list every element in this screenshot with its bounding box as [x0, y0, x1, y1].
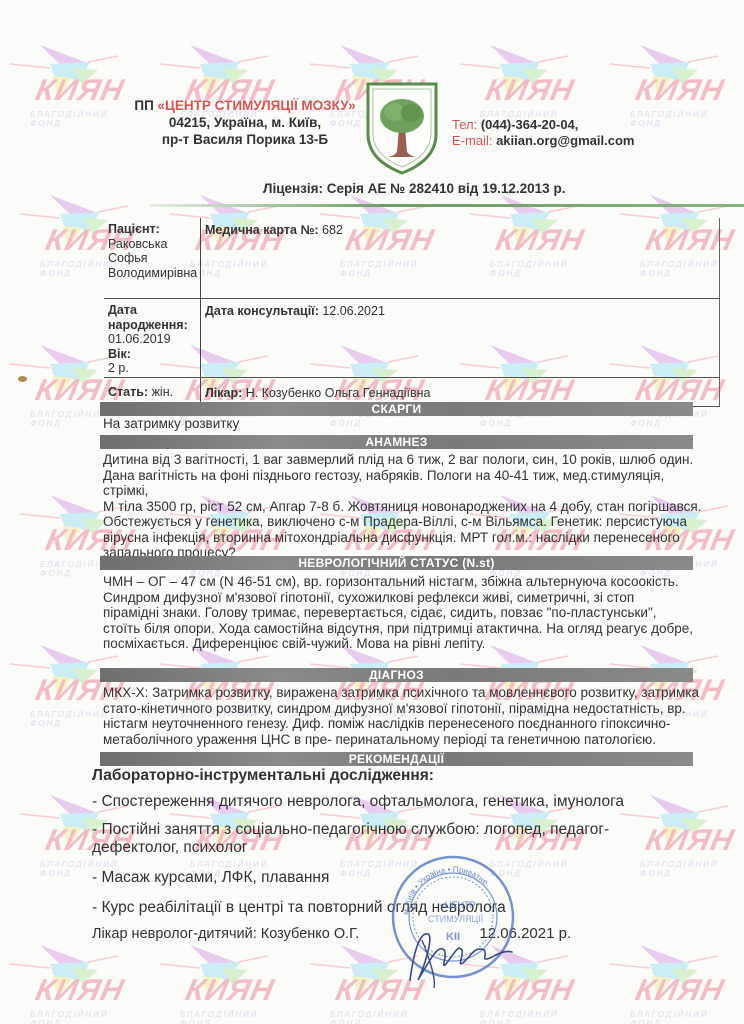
watermark-subtitle: БЛАГОДІЙНИЙ ФОНД — [30, 110, 120, 128]
diagnosis-text: МКХ-Х: Затримка розвитку, виражена затри… — [103, 685, 703, 747]
diagnosis-line: ністагм неуточненного генезу. Диф. поміж… — [103, 716, 703, 732]
watermark-subtitle: БЛАГОДІЙНИЙ ФОНД — [630, 1010, 720, 1024]
org-name: «ЦЕНТР СТИМУЛЯЦІЇ МОЗКУ» — [158, 98, 356, 113]
doctor-signature-role: Лікар невролог-дитячий: Козубенко О.Г. — [92, 926, 359, 942]
doctor-value: Н. Козубенко Ольга Геннадіївна — [246, 386, 431, 400]
anamnesis-line: Обстежується у генетика, виключено с-м П… — [103, 514, 703, 530]
medical-card-cell: Медична карта №: 682 — [201, 218, 720, 298]
tree-shield-logo-icon — [364, 80, 440, 176]
watermark-kyian-logo: КИЯНБЛАГОДІЙНИЙ ФОНД — [0, 40, 120, 130]
bird-icon — [10, 940, 120, 1002]
watermark-subtitle: БЛАГОДІЙНИЙ ФОНД — [480, 1010, 570, 1024]
age-label: Вік: — [108, 347, 131, 361]
neuro-line: посміхається. Диференціює свій-чужий. Мо… — [103, 636, 703, 652]
watermark-subtitle: БЛАГОДІЙНИЙ ФОНД — [330, 1010, 420, 1024]
anamnesis-line: Дитина від 3 вагітності, 1 ваг завмерлий… — [103, 452, 703, 468]
header-divider — [150, 204, 744, 207]
anamnesis-text: Дитина від 3 вагітності, 1 ваг завмерлий… — [103, 452, 703, 561]
recommendation-item: - Спостереження дитячого невролога, офта… — [92, 793, 712, 811]
diagnosis-line: МКХ-Х: Затримка розвитку, виражена затри… — [103, 685, 703, 701]
contacts-block: Тел: (044)-364-20-04, E-mail: akiian.org… — [452, 117, 634, 149]
neuro-line: пірамідні знаки. Голову тримає, переверт… — [103, 605, 703, 621]
bird-icon — [160, 40, 270, 102]
watermark-brand: КИЯН — [32, 974, 127, 1008]
anamnesis-line: вірусна інфекція, вторинна мітохондріаль… — [103, 530, 703, 546]
bird-icon — [160, 940, 270, 1002]
patient-info-table: Пацієнт: Раковська Софья Володимирівна М… — [104, 218, 720, 407]
medical-card-number: 682 — [322, 223, 343, 237]
neuro-line: Синдром дифузної м'язової гіпотонії, сух… — [103, 590, 703, 606]
watermark-subtitle: БЛАГОДІЙНИЙ ФОНД — [30, 1010, 120, 1024]
diagnosis-line: стато-кінетичного розвитку, синдром дифу… — [103, 701, 703, 717]
recommendation-item: - Постійні заняття з соціально-педагогіч… — [92, 821, 712, 839]
address-line-1: 04215, Україна, м. Київ, — [130, 114, 360, 131]
svg-text:«ЦЕНТР: «ЦЕНТР — [440, 900, 476, 910]
watermark-kyian-logo: КИЯНБЛАГОДІЙНИЙ ФОНД — [590, 940, 720, 1024]
doctor-signature-icon — [400, 920, 520, 990]
dob-cell: Дата народження: 01.06.2019 Вік: 2 р. — [104, 299, 201, 377]
phone-number: (044)-364-20-04, — [481, 117, 579, 132]
section-header-diagnosis: ДІАГНОЗ — [100, 668, 693, 682]
age-value: 2 р. — [108, 361, 129, 375]
consult-date-label: Дата консультації: — [205, 304, 319, 318]
email-label: E-mail: — [452, 133, 496, 148]
sex-value: жін. — [152, 385, 174, 399]
watermark-brand: КИЯН — [182, 974, 277, 1008]
section-header-recommendations: РЕКОМЕНДАЦІЇ — [100, 752, 693, 766]
patient-row: Пацієнт: Раковська Софья Володимирівна М… — [104, 218, 720, 299]
bird-icon — [10, 40, 120, 102]
phone-label: Тел: — [452, 117, 481, 132]
watermark-brand: КИЯН — [632, 74, 727, 108]
section-header-complaints: СКАРГИ — [100, 402, 693, 416]
watermark-kyian-logo: КИЯНБЛАГОДІЙНИЙ ФОНД — [0, 640, 120, 730]
consult-date-value: 12.06.2021 — [322, 304, 385, 318]
address-line-2: пр-т Василя Порика 13-Б — [130, 131, 360, 148]
watermark-kyian-logo: КИЯНБЛАГОДІЙНИЙ ФОНД — [0, 940, 120, 1024]
diagnosis-line: метаболічного ураження ЦНС в пре- перина… — [103, 732, 703, 748]
bird-icon — [610, 940, 720, 1002]
dob-label: Дата народження: — [108, 303, 188, 332]
license-line: Ліцензія: Серія АЕ № 282410 від 19.12.20… — [263, 181, 565, 196]
section-header-anamnesis: АНАМНЕЗ — [100, 435, 693, 449]
watermark-brand: КИЯН — [632, 974, 727, 1008]
medical-card-label: Медична карта №: — [205, 223, 319, 237]
neuro-line: ЧМН – ОГ – 47 см (N 46-51 см), вр. гориз… — [103, 574, 703, 590]
org-prefix: ПП — [134, 98, 157, 113]
patient-cell: Пацієнт: Раковська Софья Володимирівна — [104, 218, 201, 298]
scan-speck — [18, 376, 27, 382]
dob-value: 01.06.2019 — [108, 332, 171, 346]
watermark-subtitle: БЛАГОДІЙНИЙ ФОНД — [180, 1010, 270, 1024]
consult-date-cell: Дата консультації: 12.06.2021 — [201, 299, 720, 377]
recommendations-subtitle: Лабораторно-інструментальні дослідження: — [92, 767, 712, 785]
anamnesis-line: Дана вагітність на фоні пізднього гестоз… — [103, 468, 703, 499]
watermark-kyian-logo: КИЯНБЛАГОДІЙНИЙ ФОНД — [140, 940, 270, 1024]
watermark-kyian-logo: КИЯНБЛАГОДІЙНИЙ ФОНД — [0, 340, 120, 430]
section-header-neuro-status: НЕВРОЛОГІЧНИЙ СТАТУС (N.st) — [100, 556, 693, 570]
organization-block: ПП «ЦЕНТР СТИМУЛЯЦІЇ МОЗКУ» 04215, Украї… — [130, 97, 360, 148]
dob-row: Дата народження: 01.06.2019 Вік: 2 р. Да… — [104, 299, 720, 378]
bird-icon — [460, 40, 570, 102]
doctor-label: Лікар: — [205, 386, 242, 400]
patient-name: Раковська Софья Володимирівна — [108, 237, 197, 280]
email-address: akiian.org@gmail.com — [496, 133, 634, 148]
anamnesis-line: М тіла 3500 гр, ріст 52 см, Апгар 7-8 б.… — [103, 499, 703, 515]
patient-label: Пацієнт: — [108, 222, 160, 236]
neuro-status-text: ЧМН – ОГ – 47 см (N 46-51 см), вр. гориз… — [103, 574, 703, 652]
bird-icon — [610, 40, 720, 102]
neuro-line: стоїть біля опори. Хода самостійна відсу… — [103, 621, 703, 637]
watermark-subtitle: БЛАГОДІЙНИЙ ФОНД — [630, 110, 720, 128]
watermark-brand: КИЯН — [32, 74, 127, 108]
sex-label: Стать: — [108, 385, 148, 399]
watermark-brand: КИЯН — [482, 74, 577, 108]
complaints-text: На затримку розвитку — [103, 416, 703, 432]
